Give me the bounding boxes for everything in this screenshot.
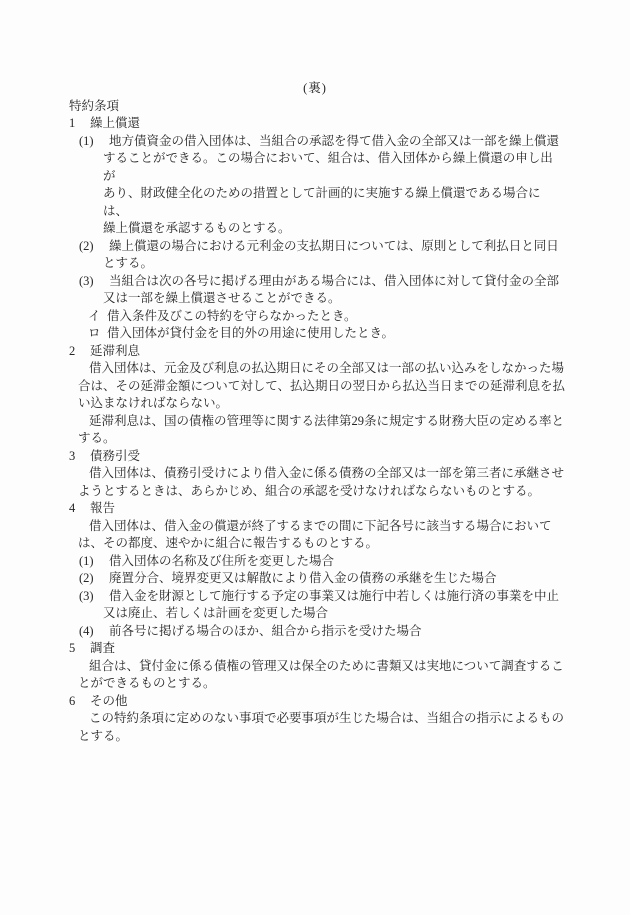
- block-text: 借入条件及びこの特約を守らなかったとき。: [107, 309, 357, 323]
- section-heading: 6その他: [69, 693, 565, 711]
- item-marker: (2): [79, 238, 109, 256]
- section-heading: 3債務引受: [69, 448, 565, 466]
- block-text: 繰上償還の場合における元利金の支払期日については、原則として利払日と同日 とする…: [103, 239, 559, 271]
- item-marker: ロ: [88, 325, 107, 343]
- block-text: 延滞利息は、国の債権の管理等に関する法律第29条に規定する財務大臣の定める率と …: [78, 414, 564, 446]
- item-marker: (1): [79, 133, 109, 151]
- block-text: この特約条項に定めのない事項で必要事項が生じた場合は、当組合の指示によるもの と…: [78, 711, 564, 743]
- block-text: 借入団体は、債務引受けにより借入金に係る債務の全部又は一部を第三者に承継させ よ…: [78, 466, 564, 498]
- sub-item: ロ借入団体が貸付金を目的外の用途に使用したとき。: [69, 325, 565, 343]
- section-number: 1: [69, 115, 90, 133]
- section-number: 5: [69, 640, 90, 658]
- section-number: 2: [69, 343, 90, 361]
- paragraph: 借入団体は、元金及び利息の払込期日にその全部又は一部の払い込みをしなかった場 合…: [69, 360, 565, 413]
- section-title: その他: [90, 694, 128, 708]
- numbered-item: (1)借入団体の名称及び住所を変更した場合: [69, 553, 565, 571]
- paragraph: 延滞利息は、国の債権の管理等に関する法律第29条に規定する財務大臣の定める率と …: [69, 413, 565, 448]
- numbered-item: (2)廃置分合、境界変更又は解散により借入金の債務の承継を生じた場合: [69, 570, 565, 588]
- numbered-item: (2)繰上償還の場合における元利金の支払期日については、原則として利払日と同日 …: [69, 238, 565, 273]
- block-text: 組合は、貸付金に係る債権の管理又は保全のために書類又は実地について調査するこ と…: [78, 659, 564, 691]
- document-title: 特約条項: [69, 98, 119, 116]
- page-side-label: (裏): [0, 80, 630, 98]
- paragraph: 借入団体は、借入金の償還が終了するまでの間に下記各号に該当する場合において は、…: [69, 518, 565, 553]
- block-text: 借入団体の名称及び住所を変更した場合: [109, 554, 334, 568]
- numbered-item: (4)前各号に掲げる場合のほか、組合から指示を受けた場合: [69, 623, 565, 641]
- block-text: 借入団体は、元金及び利息の払込期日にその全部又は一部の払い込みをしなかった場 合…: [78, 361, 565, 410]
- block-text: 地方債資金の借入団体は、当組合の承認を得て借入金の全部又は一部を繰上償還 するこ…: [103, 134, 559, 236]
- document-body: 1繰上償還(1)地方債資金の借入団体は、当組合の承認を得て借入金の全部又は一部を…: [69, 115, 565, 745]
- sub-item: イ借入条件及びこの特約を守らなかったとき。: [69, 308, 565, 326]
- section-number: 6: [69, 693, 90, 711]
- item-marker: (3): [79, 273, 109, 291]
- block-text: 借入団体は、借入金の償還が終了するまでの間に下記各号に該当する場合において は、…: [78, 519, 552, 551]
- section-heading: 1繰上償還: [69, 115, 565, 133]
- paragraph: 組合は、貸付金に係る債権の管理又は保全のために書類又は実地について調査するこ と…: [69, 658, 565, 693]
- document-page: (裏) 特約条項 1繰上償還(1)地方債資金の借入団体は、当組合の承認を得て借入…: [0, 0, 630, 915]
- block-text: 借入金を財源として施行する予定の事業又は施行中若しくは施行済の事業を中止 又は廃…: [103, 589, 559, 621]
- section-title: 報告: [90, 501, 115, 515]
- section-title: 繰上償還: [90, 116, 140, 130]
- item-marker: (4): [79, 623, 109, 641]
- section-heading: 5調査: [69, 640, 565, 658]
- section-number: 4: [69, 500, 90, 518]
- block-text: 当組合は次の各号に掲げる理由がある場合には、借入団体に対して貸付金の全部 又は一…: [103, 274, 559, 306]
- section-heading: 4報告: [69, 500, 565, 518]
- section-title: 調査: [90, 641, 115, 655]
- section-title: 債務引受: [90, 449, 140, 463]
- item-marker: (1): [79, 553, 109, 571]
- block-text: 前各号に掲げる場合のほか、組合から指示を受けた場合: [109, 624, 422, 638]
- item-marker: (2): [79, 570, 109, 588]
- item-marker: イ: [88, 308, 107, 326]
- paragraph: この特約条項に定めのない事項で必要事項が生じた場合は、当組合の指示によるもの と…: [69, 710, 565, 745]
- section-title: 延滞利息: [90, 344, 140, 358]
- numbered-item: (1)地方債資金の借入団体は、当組合の承認を得て借入金の全部又は一部を繰上償還 …: [69, 133, 565, 238]
- section-number: 3: [69, 448, 90, 466]
- section-heading: 2延滞利息: [69, 343, 565, 361]
- block-text: 廃置分合、境界変更又は解散により借入金の債務の承継を生じた場合: [109, 571, 497, 585]
- block-text: 借入団体が貸付金を目的外の用途に使用したとき。: [107, 326, 394, 340]
- numbered-item: (3)借入金を財源として施行する予定の事業又は施行中若しくは施行済の事業を中止 …: [69, 588, 565, 623]
- numbered-item: (3)当組合は次の各号に掲げる理由がある場合には、借入団体に対して貸付金の全部 …: [69, 273, 565, 308]
- item-marker: (3): [79, 588, 109, 606]
- paragraph: 借入団体は、債務引受けにより借入金に係る債務の全部又は一部を第三者に承継させ よ…: [69, 465, 565, 500]
